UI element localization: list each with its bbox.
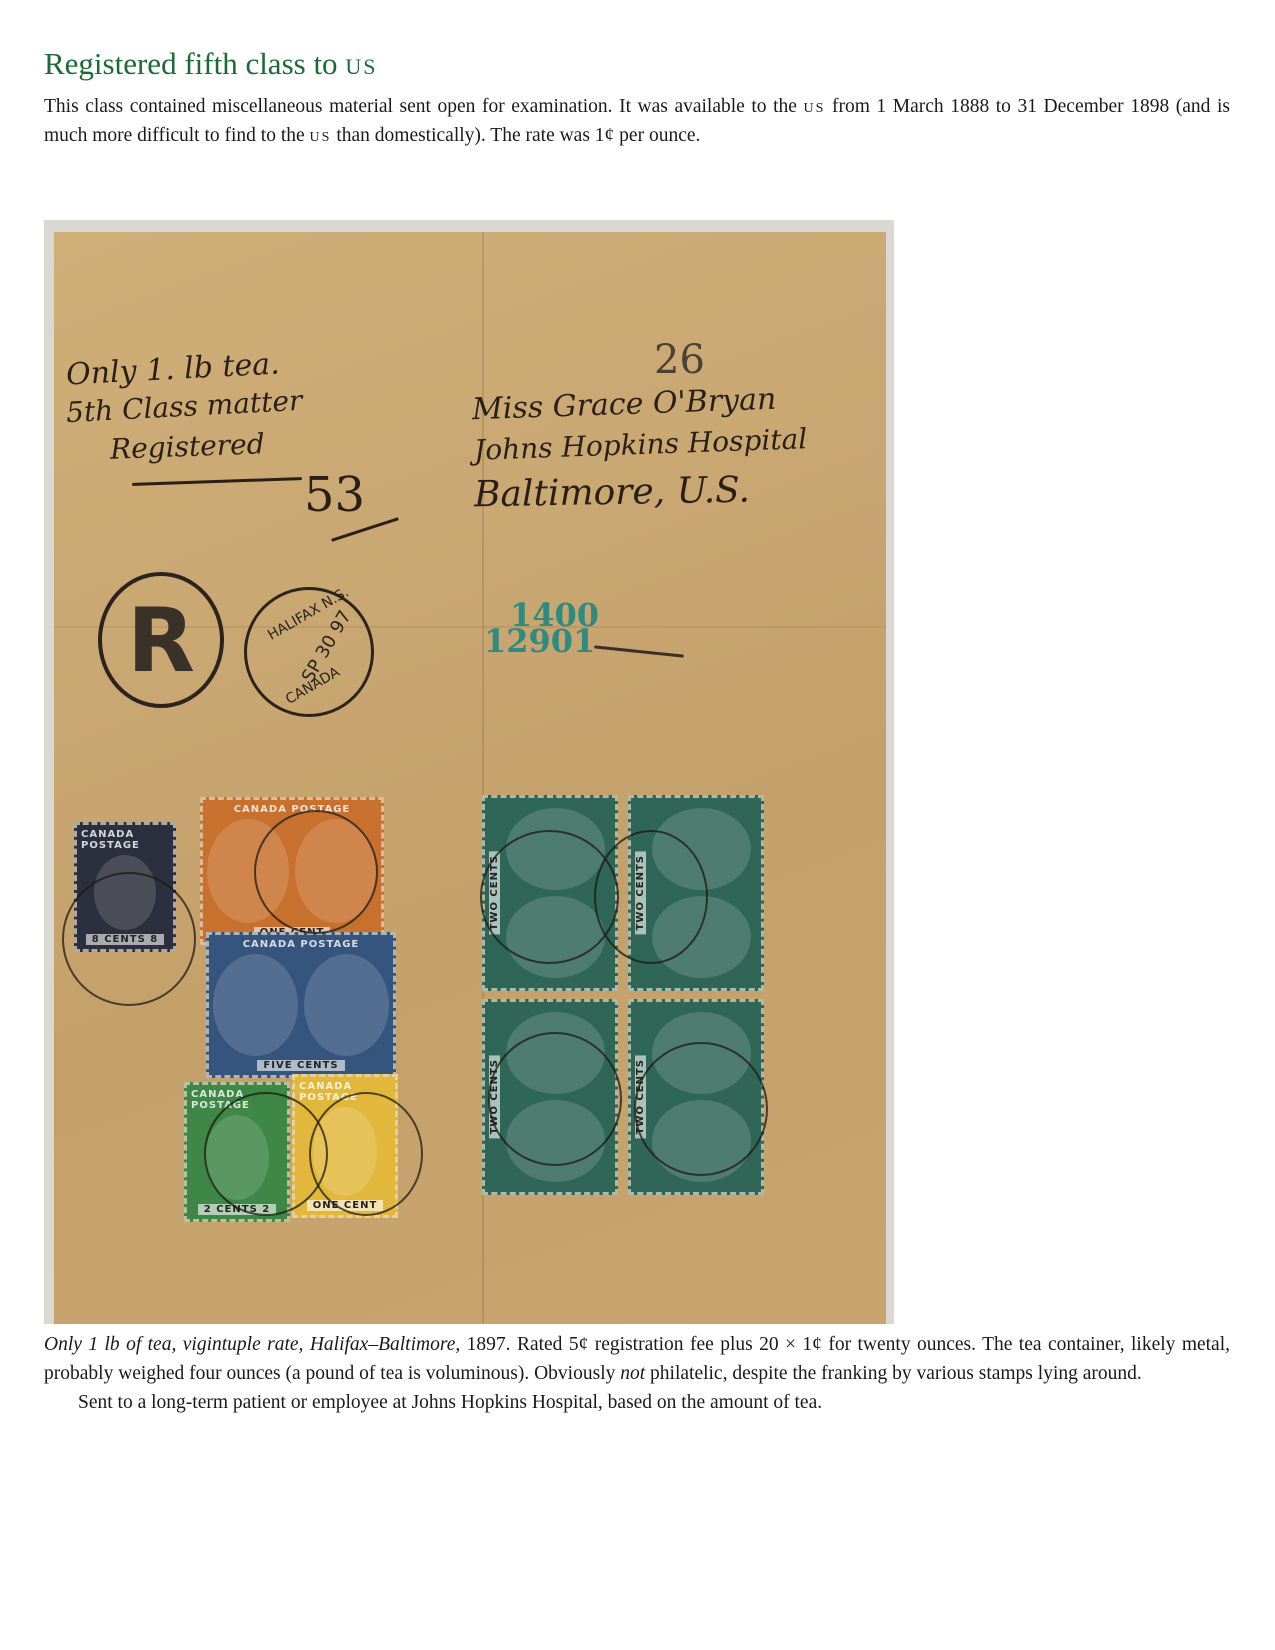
- caption-paragraph-2: Sent to a long-term patient or employee …: [44, 1388, 1230, 1417]
- cancel-postmark-icon: [634, 1042, 768, 1176]
- handwriting-number-26: 26: [654, 337, 705, 383]
- handwriting-number-53: 53: [304, 467, 365, 523]
- caption-emphasis: not: [620, 1363, 645, 1384]
- cancel-postmark-icon: [62, 872, 196, 1006]
- title-text: Registered fifth class to: [44, 46, 338, 81]
- stamp-legend: CANADA POSTAGE: [81, 829, 169, 851]
- cancel-postmark-icon: [488, 1032, 622, 1166]
- cancel-postmark-icon: [254, 810, 378, 934]
- address-institution: Johns Hopkins Hospital: [474, 422, 808, 467]
- caption-lead: Only 1 lb of tea, vigintuple rate, Halif…: [44, 1334, 460, 1355]
- receiving-number-2: 12901: [484, 628, 599, 654]
- title-abbrev-us: US: [345, 46, 377, 81]
- cancel-postmark-icon: [309, 1092, 423, 1216]
- page-title: Registered fifth class to US: [44, 44, 377, 84]
- receiving-numbers: 1400 12901: [484, 602, 599, 654]
- intro-abbrev-us-1: US: [804, 96, 826, 117]
- jubilee-portraits-icon: [213, 954, 389, 1056]
- handwriting-underline: [132, 477, 302, 486]
- halifax-postmark: HALIFAX N.S. SP 30 97 CANADA: [244, 587, 374, 717]
- intro-text-1: This class contained miscellaneous mater…: [44, 96, 797, 117]
- intro-abbrev-us-2: US: [310, 125, 332, 146]
- photo-caption: Only 1 lb of tea, vigintuple rate, Halif…: [44, 1330, 1230, 1417]
- stamp-value: FIVE CENTS: [257, 1060, 344, 1071]
- stamp-5-cents-jubilee: CANADA POSTAGE FIVE CENTS: [206, 932, 396, 1078]
- intro-paragraph: This class contained miscellaneous mater…: [44, 92, 1230, 150]
- cover-photo: Only 1. lb tea. 5th Class matter Registe…: [44, 220, 894, 1324]
- caption-text-2: philatelic, despite the franking by vari…: [645, 1363, 1142, 1384]
- registration-r-handstamp: R: [98, 572, 224, 708]
- cancel-postmark-icon: [594, 830, 708, 964]
- caption-year: 1897.: [467, 1334, 511, 1355]
- address-city: Baltimore, U.S.: [474, 470, 751, 516]
- stamp-legend: CANADA POSTAGE: [243, 939, 360, 950]
- handwriting-registered: Registered: [109, 427, 265, 465]
- pencil-stroke: [594, 645, 684, 657]
- cover-paper: Only 1. lb tea. 5th Class matter Registe…: [54, 232, 886, 1324]
- intro-text-3: than domestically). The rate was 1¢ per …: [336, 125, 700, 146]
- address-name: Miss Grace O'Bryan: [471, 382, 776, 428]
